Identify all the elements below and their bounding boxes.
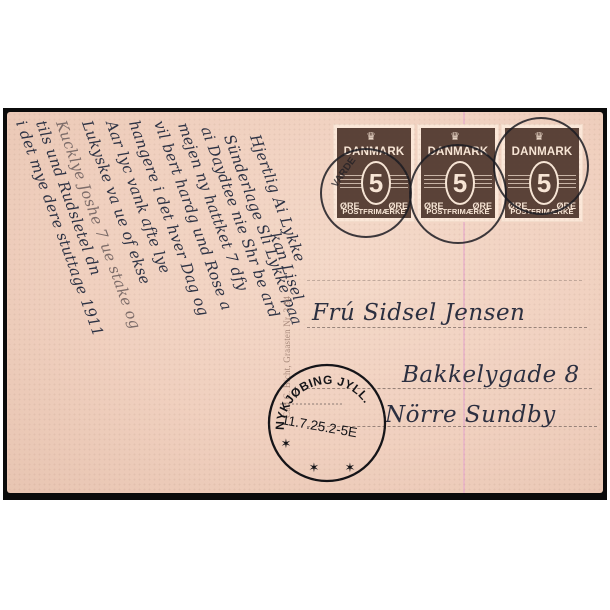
address-rule <box>307 280 582 281</box>
address-line-3: Nörre Sundby <box>385 402 556 428</box>
svg-text:✶: ✶ <box>345 460 356 475</box>
crown-icon: ♛ <box>421 130 495 143</box>
address-line-1: Frú Sidsel Jensen <box>312 300 525 326</box>
stamp-cancellation-ring <box>320 148 412 238</box>
svg-text:✶: ✶ <box>309 460 320 475</box>
svg-text:✶: ✶ <box>281 436 292 451</box>
crown-icon: ♛ <box>337 130 411 143</box>
stamp-cancellation-ring <box>409 144 507 244</box>
address-line-2: Bakkelygade 8 <box>402 362 580 388</box>
postmark: NYKJØBING JYLL. 11.7.25.2-5E ✶✶✶ <box>264 360 390 486</box>
postmark-date: 11.7.25.2-5E <box>281 412 359 440</box>
stamp-cancellation-ring <box>493 117 589 215</box>
address-rule <box>307 327 587 328</box>
postmark-graphic: NYKJØBING JYLL. 11.7.25.2-5E ✶✶✶ <box>264 360 390 486</box>
postcard: i det mye dere stuttage 1911 tils und Ru… <box>7 112 603 493</box>
